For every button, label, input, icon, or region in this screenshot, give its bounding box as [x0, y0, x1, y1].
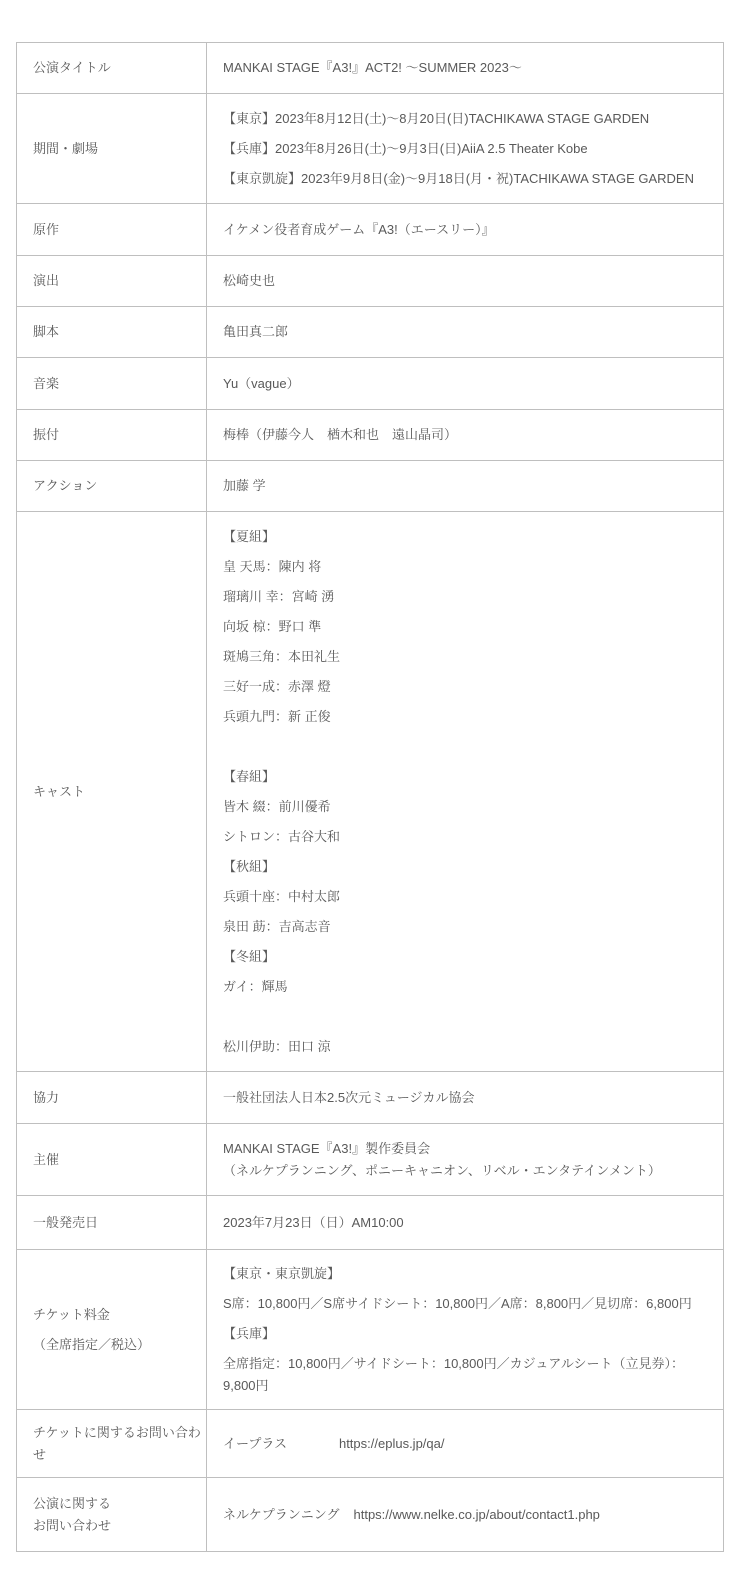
- row-label: 一般発売日: [33, 1212, 204, 1234]
- table-row-music: 音楽 Yu（vague）: [17, 358, 724, 410]
- cast-line: 兵頭九門：新 正俊: [223, 706, 715, 728]
- row-value-cell: 【夏組】 皇 天馬：陳内 将 瑠璃川 幸：宮崎 湧 向坂 椋：野口 準 斑鳩三角…: [207, 512, 724, 1072]
- row-label-cell: チケット料金 （全席指定／税込）: [17, 1250, 207, 1410]
- table-row-original: 原作 イケメン役者育成ゲーム『A3!（エースリー）』: [17, 204, 724, 256]
- row-label: チケットに関するお問い合わせ: [33, 1422, 204, 1466]
- row-value-cell: 亀田真二郎: [207, 307, 724, 358]
- row-label-cell: 演出: [17, 256, 207, 307]
- schedule-hyogo: 【兵庫】2023年8月26日(土)～9月3日(日)AiiA 2.5 Theate…: [223, 138, 715, 160]
- table-row-title: 公演タイトル MANKAI STAGE『A3!』ACT2! ～SUMMER 20…: [17, 43, 724, 94]
- row-value-cell: イープラスhttps://eplus.jp/qa/: [207, 1410, 724, 1478]
- cast-line: 向坂 椋：野口 準: [223, 616, 715, 638]
- table-row-cooperation: 協力 一般社団法人日本2.5次元ミュージカル協会: [17, 1072, 724, 1124]
- price-tokyo-detail: S席：10,800円／S席サイドシート：10,800円／A席：8,800円／見切…: [223, 1293, 715, 1315]
- schedule-tokyo: 【東京】2023年8月12日(土)～8月20日(日)TACHIKAWA STAG…: [223, 108, 715, 130]
- performance-contact-line: ネルケプランニングhttps://www.nelke.co.jp/about/c…: [223, 1504, 715, 1526]
- price-venue-tokyo: 【東京・東京凱旋】: [223, 1263, 715, 1285]
- row-label-cell: 一般発売日: [17, 1196, 207, 1250]
- choreography-credit: 梅棒（伊藤今人 楢木和也 遠山晶司）: [223, 424, 715, 446]
- table-row-schedule: 期間・劇場 【東京】2023年8月12日(土)～8月20日(日)TACHIKAW…: [17, 94, 724, 204]
- row-label-note: （全席指定／税込）: [33, 1334, 204, 1356]
- schedule-tokyo-return: 【東京凱旋】2023年9月8日(金)～9月18日(月・祝)TACHIKAWA S…: [223, 168, 715, 190]
- table-row-director: 演出 松崎史也: [17, 256, 724, 307]
- cast-line: 泉田 莇：吉高志音: [223, 916, 715, 938]
- ticket-contact-vendor: イープラス: [223, 1436, 287, 1451]
- row-value-cell: イケメン役者育成ゲーム『A3!（エースリー）』: [207, 204, 724, 256]
- cast-line: 皆木 綴：前川優希: [223, 796, 715, 818]
- price-hyogo-detail: 全席指定：10,800円／サイドシート：10,800円／カジュアルシート（立見券…: [223, 1353, 715, 1397]
- cast-line: シトロン：古谷大和: [223, 826, 715, 848]
- cast-line: 兵頭十座：中村太郎: [223, 886, 715, 908]
- row-label-cell: アクション: [17, 461, 207, 512]
- row-label-line1: 公演に関する: [33, 1496, 111, 1511]
- row-value-cell: 【東京】2023年8月12日(土)～8月20日(日)TACHIKAWA STAG…: [207, 94, 724, 204]
- row-label-cell: 脚本: [17, 307, 207, 358]
- original-work: イケメン役者育成ゲーム『A3!（エースリー）』: [223, 219, 715, 241]
- row-label: 協力: [33, 1087, 204, 1109]
- music-credit: Yu（vague）: [223, 373, 715, 395]
- table-row-ticket-contact: チケットに関するお問い合わせ イープラスhttps://eplus.jp/qa/: [17, 1410, 724, 1478]
- row-label: アクション: [33, 475, 204, 497]
- cast-group-spring: 【春組】: [223, 766, 715, 788]
- row-label-cell: 振付: [17, 410, 207, 461]
- row-label-cell: 公演に関するお問い合わせ: [17, 1478, 207, 1552]
- row-label: 公演に関するお問い合わせ: [33, 1493, 204, 1537]
- organizer-credit: MANKAI STAGE『A3!』製作委員会（ネルケプランニング、ポニーキャニオ…: [223, 1138, 715, 1182]
- row-value-cell: 松崎史也: [207, 256, 724, 307]
- row-label: 音楽: [33, 373, 204, 395]
- table-row-sale-date: 一般発売日 2023年7月23日（日）AM10:00: [17, 1196, 724, 1250]
- cast-group-autumn: 【秋組】: [223, 856, 715, 878]
- row-label: 期間・劇場: [33, 138, 204, 160]
- row-value-cell: Yu（vague）: [207, 358, 724, 410]
- ticket-contact-line: イープラスhttps://eplus.jp/qa/: [223, 1433, 715, 1455]
- table-row-script: 脚本 亀田真二郎: [17, 307, 724, 358]
- performance-title: MANKAI STAGE『A3!』ACT2! ～SUMMER 2023～: [223, 57, 715, 79]
- row-label: 脚本: [33, 321, 204, 343]
- performance-contact-url[interactable]: https://www.nelke.co.jp/about/contact1.p…: [353, 1507, 599, 1522]
- cast-line: ガイ：輝馬: [223, 976, 715, 998]
- row-label: 演出: [33, 270, 204, 292]
- cast-line: 斑鳩三角：本田礼生: [223, 646, 715, 668]
- row-label-cell: 公演タイトル: [17, 43, 207, 94]
- table-row-performance-contact: 公演に関するお問い合わせ ネルケプランニングhttps://www.nelke.…: [17, 1478, 724, 1552]
- row-label: 振付: [33, 424, 204, 446]
- table-row-cast: キャスト 【夏組】 皇 天馬：陳内 将 瑠璃川 幸：宮崎 湧 向坂 椋：野口 準…: [17, 512, 724, 1072]
- organizer-companies: （ネルケプランニング、ポニーキャニオン、リベル・エンタテインメント）: [223, 1163, 661, 1178]
- row-label-cell: 期間・劇場: [17, 94, 207, 204]
- cast-line: 松川伊助：田口 涼: [223, 1036, 715, 1058]
- cast-blank-line: [223, 736, 715, 758]
- row-label-cell: 原作: [17, 204, 207, 256]
- performance-contact-vendor: ネルケプランニング: [223, 1507, 339, 1522]
- row-label: キャスト: [33, 781, 204, 803]
- table-row-action: アクション 加藤 学: [17, 461, 724, 512]
- row-value-cell: MANKAI STAGE『A3!』製作委員会（ネルケプランニング、ポニーキャニオ…: [207, 1124, 724, 1196]
- row-label-cell: キャスト: [17, 512, 207, 1072]
- cast-group-summer: 【夏組】: [223, 526, 715, 548]
- cast-group-winter: 【冬組】: [223, 946, 715, 968]
- scriptwriter-name: 亀田真二郎: [223, 321, 715, 343]
- row-label: 原作: [33, 219, 204, 241]
- organizer-committee: MANKAI STAGE『A3!』製作委員会: [223, 1141, 430, 1156]
- row-value-cell: 加藤 学: [207, 461, 724, 512]
- price-venue-hyogo: 【兵庫】: [223, 1323, 715, 1345]
- table-row-choreography: 振付 梅棒（伊藤今人 楢木和也 遠山晶司）: [17, 410, 724, 461]
- page-body: 公演タイトル MANKAI STAGE『A3!』ACT2! ～SUMMER 20…: [0, 0, 740, 1552]
- performance-spec-table: 公演タイトル MANKAI STAGE『A3!』ACT2! ～SUMMER 20…: [16, 42, 724, 1552]
- ticket-contact-url[interactable]: https://eplus.jp/qa/: [339, 1436, 445, 1451]
- row-label-cell: 音楽: [17, 358, 207, 410]
- action-credit: 加藤 学: [223, 475, 715, 497]
- row-label-cell: 主催: [17, 1124, 207, 1196]
- cooperation-credit: 一般社団法人日本2.5次元ミュージカル協会: [223, 1087, 715, 1109]
- cast-line: 瑠璃川 幸：宮崎 湧: [223, 586, 715, 608]
- cast-line: 三好一成：赤澤 燈: [223, 676, 715, 698]
- row-value-cell: ネルケプランニングhttps://www.nelke.co.jp/about/c…: [207, 1478, 724, 1552]
- row-value-cell: 梅棒（伊藤今人 楢木和也 遠山晶司）: [207, 410, 724, 461]
- cast-line: 皇 天馬：陳内 将: [223, 556, 715, 578]
- row-value-cell: 一般社団法人日本2.5次元ミュージカル協会: [207, 1072, 724, 1124]
- row-value-cell: MANKAI STAGE『A3!』ACT2! ～SUMMER 2023～: [207, 43, 724, 94]
- row-label-cell: 協力: [17, 1072, 207, 1124]
- director-name: 松崎史也: [223, 270, 715, 292]
- general-sale-date: 2023年7月23日（日）AM10:00: [223, 1212, 715, 1234]
- row-label: 公演タイトル: [33, 57, 204, 79]
- table-row-organizer: 主催 MANKAI STAGE『A3!』製作委員会（ネルケプランニング、ポニーキ…: [17, 1124, 724, 1196]
- table-row-ticket-price: チケット料金 （全席指定／税込） 【東京・東京凱旋】 S席：10,800円／S席…: [17, 1250, 724, 1410]
- row-label: 主催: [33, 1149, 204, 1171]
- row-value-cell: 【東京・東京凱旋】 S席：10,800円／S席サイドシート：10,800円／A席…: [207, 1250, 724, 1410]
- row-label: チケット料金: [33, 1304, 204, 1326]
- row-label-line2: お問い合わせ: [33, 1518, 111, 1533]
- row-value-cell: 2023年7月23日（日）AM10:00: [207, 1196, 724, 1250]
- cast-blank-line: [223, 1006, 715, 1028]
- row-label-cell: チケットに関するお問い合わせ: [17, 1410, 207, 1478]
